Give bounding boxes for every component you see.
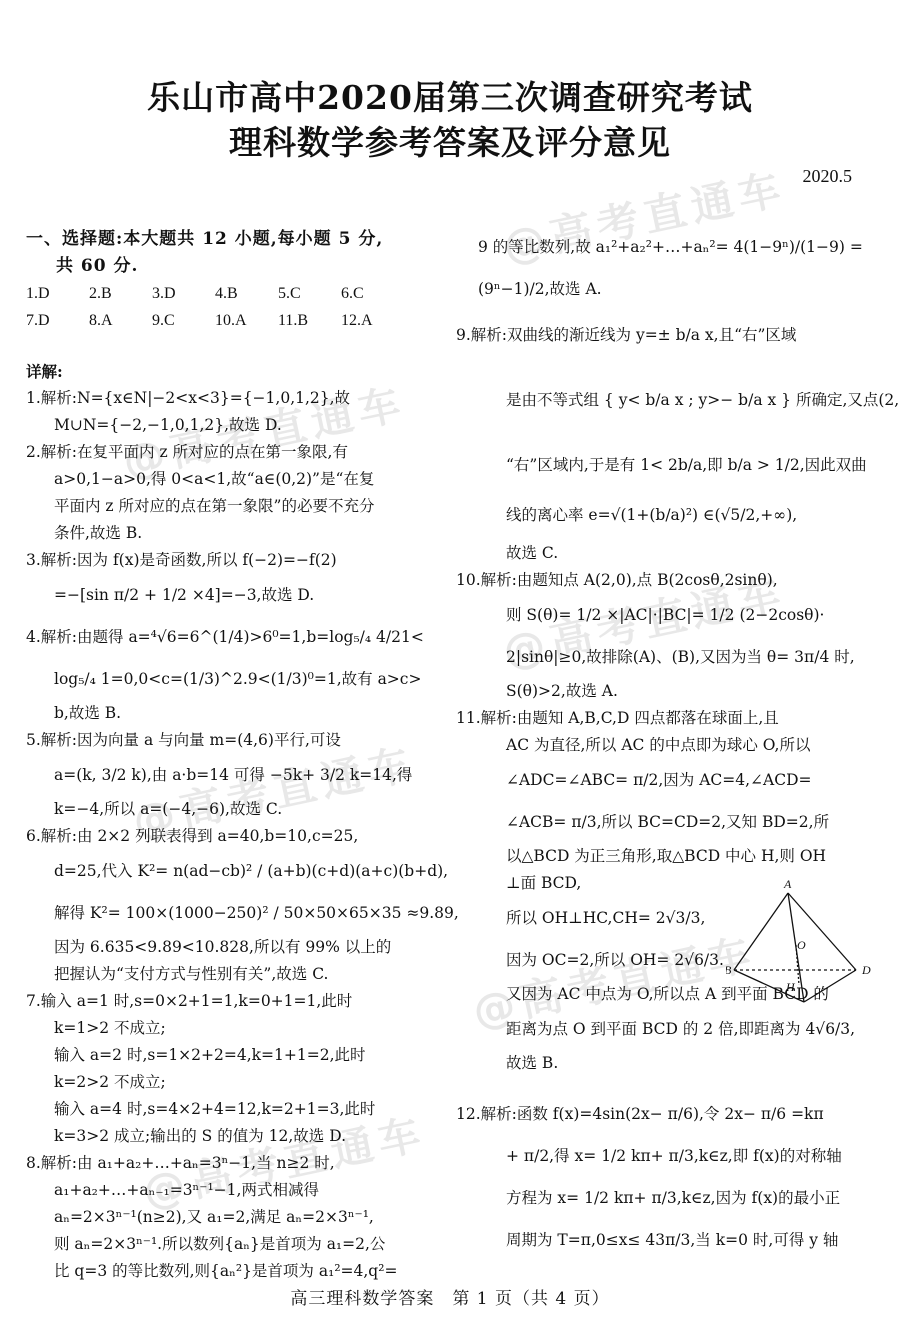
solution-line: ∠ADC=∠ABC= π/2,因为 AC=4,∠ACD=: [478, 759, 878, 801]
solution-line: a>0,1−a>0,得 0<a<1,故“a∈(0,2)”是“在复: [26, 466, 438, 493]
solution-line: AC 为直径,所以 AC 的中点即为球心 O,所以: [478, 732, 878, 759]
vertex-label-b: B: [726, 963, 732, 977]
answer-item: 9.C: [152, 307, 215, 334]
solution-line: 12.解析:函数 f(x)=4sin(2x− π/6),令 2x− π/6 =k…: [456, 1093, 878, 1135]
solution-line: k=2>2 不成立;: [26, 1069, 438, 1096]
solution-line: aₙ=2×3ⁿ⁻¹(n≥2),又 a₁=2,满足 aₙ=2×3ⁿ⁻¹,: [26, 1204, 438, 1231]
solution-line: (9ⁿ−1)/2,故选 A.: [478, 268, 878, 310]
section-heading-cont: 共 60 分.: [26, 253, 438, 280]
solution-line: S(θ)>2,故选 A.: [478, 678, 878, 705]
solution-line: log₅/₄ 1=0,0<c=(1/3)^2.9<(1/3)⁰=1,故有 a>c…: [26, 658, 438, 700]
solution-line: + π/2,得 x= 1/2 kπ+ π/3,k∈z,即 f(x)的对称轴: [478, 1135, 878, 1177]
center-label-h: H: [785, 980, 796, 994]
answer-item: 7.D: [26, 307, 89, 334]
answer-item: 11.B: [278, 307, 341, 334]
solution-line: 4.解析:由题得 a=⁴√6=6^(1/4)>6⁰=1,b=log₅/₄ 4/2…: [26, 616, 438, 658]
solution-line: 是由不等式组 { y< b/a x ; y>− b/a x } 所确定,又点(2…: [478, 360, 878, 440]
document-subtitle: 理科数学参考答案及评分意见: [0, 117, 900, 164]
solution-line: 3.解析:因为 f(x)是奇函数,所以 f(−2)=−f(2): [26, 547, 438, 574]
solution-line: 8.解析:由 a₁+a₂+…+aₙ=3ⁿ−1,当 n≥2 时,: [26, 1150, 438, 1177]
solution-line: 则 aₙ=2×3ⁿ⁻¹.所以数列{aₙ}是首项为 a₁=2,公: [26, 1231, 438, 1258]
answer-item: 6.C: [341, 280, 404, 307]
solution-line: 距离为点 O 到平面 BCD 的 2 倍,即距离为 4√6/3,: [478, 1008, 878, 1050]
solution-line: 条件,故选 B.: [26, 520, 438, 547]
vertex-label-d: D: [861, 963, 871, 977]
solution-line: =−[sin π/2 + 1/2 ×4]=−3,故选 D.: [26, 574, 438, 616]
solution-line: 解得 K²= 100×(1000−250)² / 50×50×65×35 ≈9.…: [26, 892, 438, 934]
page-footer: 高三理科数学答案 第 1 页（共 4 页）: [0, 1284, 900, 1309]
left-column: 一、选择题:本大题共 12 小题,每小题 5 分, 共 60 分. 1.D 2.…: [26, 226, 438, 1285]
solution-line: 因为 6.635<9.89<10.828,所以有 99% 以上的: [26, 934, 438, 961]
answer-item: 1.D: [26, 280, 89, 307]
solution-line: 输入 a=4 时,s=4×2+4=12,k=2+1=3,此时: [26, 1096, 438, 1123]
solution-line: a₁+a₂+…+aₙ₋₁=3ⁿ⁻¹−1,两式相减得: [26, 1177, 438, 1204]
answer-item: 12.A: [341, 307, 404, 334]
solution-line: 比 q=3 的等比数列,则{aₙ²}是首项为 a₁²=4,q²=: [26, 1258, 438, 1285]
solution-line: d=25,代入 K²= n(ad−cb)² / (a+b)(c+d)(a+c)(…: [26, 850, 438, 892]
solution-line: ∠ACB= π/3,所以 BC=CD=2,又知 BD=2,所: [478, 801, 878, 843]
right-column: 9 的等比数列,故 a₁²+a₂²+…+aₙ²= 4(1−9ⁿ)/(1−9) =…: [478, 226, 878, 1261]
answer-key: 1.D 2.B 3.D 4.B 5.C 6.C 7.D 8.A 9.C 10.A…: [26, 280, 438, 334]
document-date: 2020.5: [803, 166, 853, 187]
solution-line: 则 S(θ)= 1/2 ×|AC|·|BC|= 1/2 (2−2cosθ)·: [478, 594, 878, 636]
solution-line: a=(k, 3/2 k),由 a·b=14 可得 −5k+ 3/2 k=14,得: [26, 754, 438, 796]
answer-item: 10.A: [215, 307, 278, 334]
solution-line: k=3>2 成立;输出的 S 的值为 12,故选 D.: [26, 1123, 438, 1150]
solution-line: 7.输入 a=1 时,s=0×2+1=1,k=0+1=1,此时: [26, 988, 438, 1015]
solution-line: 9.解析:双曲线的渐近线为 y=± b/a x,且“右”区域: [456, 310, 878, 360]
solution-line: 输入 a=2 时,s=1×2+2=4,k=1+1=2,此时: [26, 1042, 438, 1069]
solution-line: k=−4,所以 a=(−4,−6),故选 C.: [26, 796, 438, 823]
center-label-o: O: [797, 938, 806, 952]
answer-item: 8.A: [89, 307, 152, 334]
solution-line: 2|sinθ|≥0,故排除(A)、(B),又因为当 θ= 3π/4 时,: [478, 636, 878, 678]
solution-line: k=1>2 不成立;: [26, 1015, 438, 1042]
answer-item: 4.B: [215, 280, 278, 307]
solution-line: 以△BCD 为正三角形,取△BCD 中心 H,则 OH: [478, 843, 878, 870]
solution-line: 9 的等比数列,故 a₁²+a₂²+…+aₙ²= 4(1−9ⁿ)/(1−9) =: [478, 226, 878, 268]
solution-line: b,故选 B.: [26, 700, 438, 727]
solution-line: “右”区域内,于是有 1< 2b/a,即 b/a > 1/2,因此双曲: [478, 440, 878, 490]
section-heading: 一、选择题:本大题共 12 小题,每小题 5 分,: [26, 226, 438, 253]
solution-line: 平面内 z 所对应的点在第一象限”的必要不充分: [26, 493, 438, 520]
solution-line: M∪N={−2,−1,0,1,2},故选 D.: [26, 412, 438, 439]
tetrahedron-diagram: A B D O H: [726, 875, 876, 1005]
solution-line: 2.解析:在复平面内 z 所对应的点在第一象限,有: [26, 439, 438, 466]
solution-line: 11.解析:由题知 A,B,C,D 四点都落在球面上,且: [456, 705, 878, 732]
solution-line: 把握认为“支付方式与性别有关”,故选 C.: [26, 961, 438, 988]
solution-line: 周期为 T=π,0≤x≤ 43π/3,当 k=0 时,可得 y 轴: [478, 1219, 878, 1261]
details-heading: 详解:: [26, 358, 438, 385]
solution-line: 5.解析:因为向量 a 与向量 m=(4,6)平行,可设: [26, 727, 438, 754]
answer-item: 5.C: [278, 280, 341, 307]
solution-line: 方程为 x= 1/2 kπ+ π/3,k∈z,因为 f(x)的最小正: [478, 1177, 878, 1219]
solution-line: 线的离心率 e=√(1+(b/a)²) ∈(√5/2,+∞),: [478, 490, 878, 540]
vertex-label-a: A: [783, 877, 792, 891]
answer-item: 3.D: [152, 280, 215, 307]
solution-line: 6.解析:由 2×2 列联表得到 a=40,b=10,c=25,: [26, 823, 438, 850]
solution-line: 1.解析:N={x∈N|−2<x<3}={−1,0,1,2},故: [26, 385, 438, 412]
answer-item: 2.B: [89, 280, 152, 307]
solution-line: 故选 C.: [478, 540, 878, 567]
solution-line: 10.解析:由题知点 A(2,0),点 B(2cosθ,2sinθ),: [456, 567, 878, 594]
solution-line: 故选 B.: [478, 1050, 878, 1077]
document-title: 乐山市高中2020届第三次调查研究考试: [0, 72, 900, 119]
